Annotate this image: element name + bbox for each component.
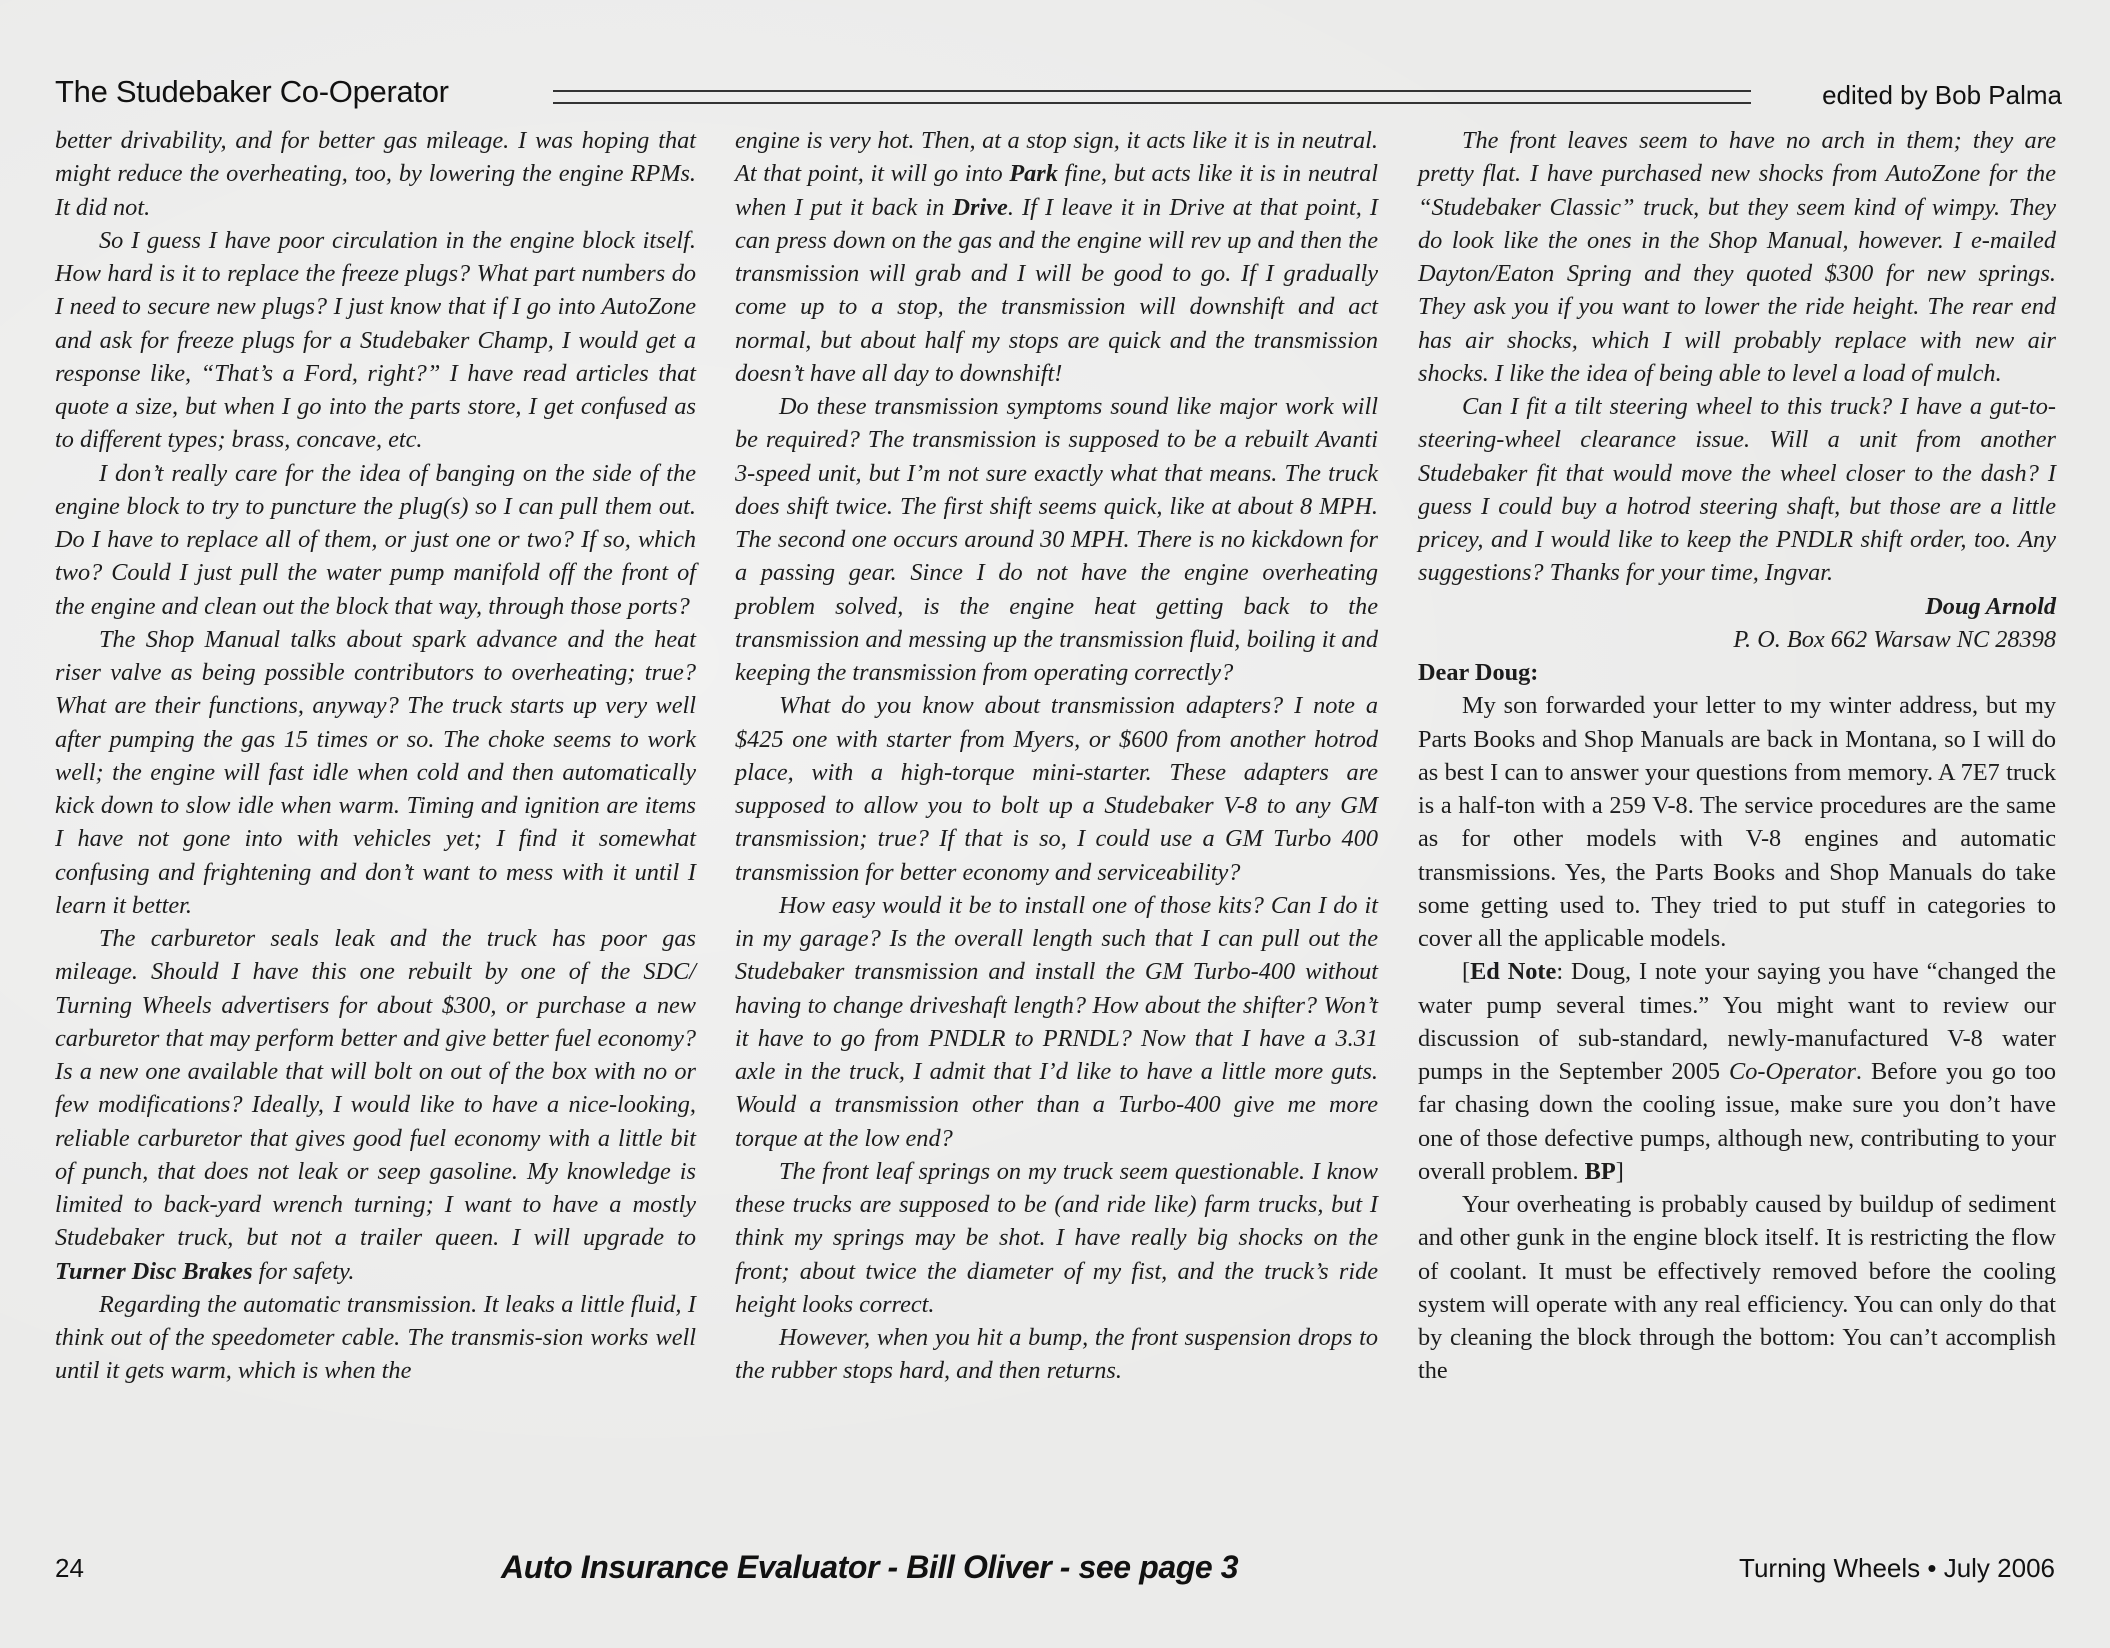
column-2: engine is very hot. Then, at a stop sign… <box>735 124 1378 1388</box>
text-run: The carburetor seals leak and the truck … <box>55 925 696 1251</box>
text-run: Regarding the automatic transmission. It… <box>55 1291 696 1385</box>
paragraph: What do you know about transmission adap… <box>735 689 1378 889</box>
text-run: I don’t really care for the idea of bang… <box>55 460 696 620</box>
paragraph: Regarding the automatic transmission. It… <box>55 1288 696 1388</box>
italic-text: Co-Operator <box>1729 1058 1856 1085</box>
paragraph: Can I fit a tilt steering wheel to this … <box>1418 390 2056 590</box>
paragraph: Your overheating is probably caused by b… <box>1418 1188 2056 1388</box>
text-run: The Shop Manual talks about spark advanc… <box>55 626 696 919</box>
text-run: What do you know about transmission adap… <box>735 692 1378 885</box>
text-run: better drivability, and for better gas m… <box>55 127 696 221</box>
paragraph: [Ed Note: Doug, I note your saying you h… <box>1418 955 2056 1188</box>
editor-credit: edited by Bob Palma <box>1822 80 2062 111</box>
signature-name: Doug Arnold <box>1925 593 2056 620</box>
reply-salutation: Dear Doug: <box>1418 656 2056 689</box>
text-run: ] <box>1616 1158 1624 1185</box>
column-title: The Studebaker Co-Operator <box>55 74 449 110</box>
paragraph: The front leaf springs on my truck seem … <box>735 1155 1378 1321</box>
header-double-rule <box>553 90 1751 104</box>
paragraph: So I guess I have poor circulation in th… <box>55 224 696 457</box>
page-number: 24 <box>55 1553 84 1584</box>
paragraph: better drivability, and for better gas m… <box>55 124 696 224</box>
page-header: The Studebaker Co-Operator edited by Bob… <box>55 74 2062 114</box>
text-run: However, when you hit a bump, the front … <box>735 1324 1378 1384</box>
text-run: [ <box>1462 958 1470 985</box>
paragraph: How easy would it be to install one of t… <box>735 889 1378 1155</box>
page-footer: 24 Auto Insurance Evaluator - Bill Olive… <box>55 1553 2055 1593</box>
paragraph: The carburetor seals leak and the truck … <box>55 922 696 1288</box>
paragraph: Do these transmission symptoms sound lik… <box>735 390 1378 689</box>
issue-date: Turning Wheels • July 2006 <box>1739 1553 2055 1584</box>
paragraph: However, when you hit a bump, the front … <box>735 1321 1378 1388</box>
bold-text: BP <box>1585 1158 1616 1185</box>
bold-text: Turner Disc Brakes <box>55 1258 253 1285</box>
column-1: better drivability, and for better gas m… <box>55 124 696 1388</box>
text-run: for safety. <box>253 1258 355 1285</box>
text-run: The front leaf springs on my truck seem … <box>735 1158 1378 1318</box>
text-run: The front leaves seem to have no arch in… <box>1418 127 2056 387</box>
paragraph: I don’t really care for the idea of bang… <box>55 457 696 623</box>
text-run: My son forwarded your letter to my winte… <box>1418 692 2056 952</box>
paragraph: The Shop Manual talks about spark advanc… <box>55 623 696 922</box>
paragraph: My son forwarded your letter to my winte… <box>1418 689 2056 955</box>
footer-advertisement: Auto Insurance Evaluator - Bill Oliver -… <box>501 1549 1238 1586</box>
column-3: The front leaves seem to have no arch in… <box>1418 124 2056 1388</box>
text-run: So I guess I have poor circulation in th… <box>55 227 696 454</box>
signature-block: Doug Arnold <box>1418 590 2056 623</box>
reply-paragraphs: My son forwarded your letter to my winte… <box>1418 689 2056 1387</box>
text-run: . If I leave it in Drive at that point, … <box>735 194 1378 387</box>
bold-text: Ed Note <box>1470 958 1556 985</box>
bold-text: Park <box>1009 160 1058 187</box>
text-run: Do these transmission symptoms sound lik… <box>735 393 1378 686</box>
bold-text: Drive <box>953 194 1008 221</box>
signature-address: P. O. Box 662 Warsaw NC 28398 <box>1418 623 2056 656</box>
text-run: Your overheating is probably caused by b… <box>1418 1191 2056 1384</box>
magazine-page: The Studebaker Co-Operator edited by Bob… <box>0 0 2110 1648</box>
paragraph: The front leaves seem to have no arch in… <box>1418 124 2056 390</box>
paragraph: engine is very hot. Then, at a stop sign… <box>735 124 1378 390</box>
text-run: How easy would it be to install one of t… <box>735 892 1378 1152</box>
letter-paragraphs: The front leaves seem to have no arch in… <box>1418 124 2056 590</box>
text-run: Can I fit a tilt steering wheel to this … <box>1418 393 2056 586</box>
